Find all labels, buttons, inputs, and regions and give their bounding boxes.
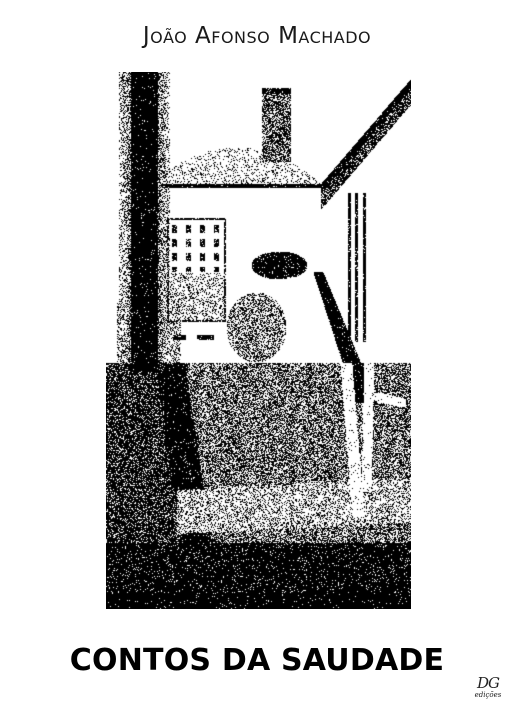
publisher-logo: DG edições — [470, 676, 506, 700]
cover-photo — [106, 72, 411, 609]
book-cover: João Afonso Machado CONTOS DA SAUDADE DG… — [0, 0, 514, 720]
book-title: CONTOS DA SAUDADE — [0, 642, 514, 680]
author-name: João Afonso Machado — [0, 22, 514, 50]
publisher-name: edições — [470, 691, 506, 700]
publisher-monogram: DG — [470, 676, 506, 691]
